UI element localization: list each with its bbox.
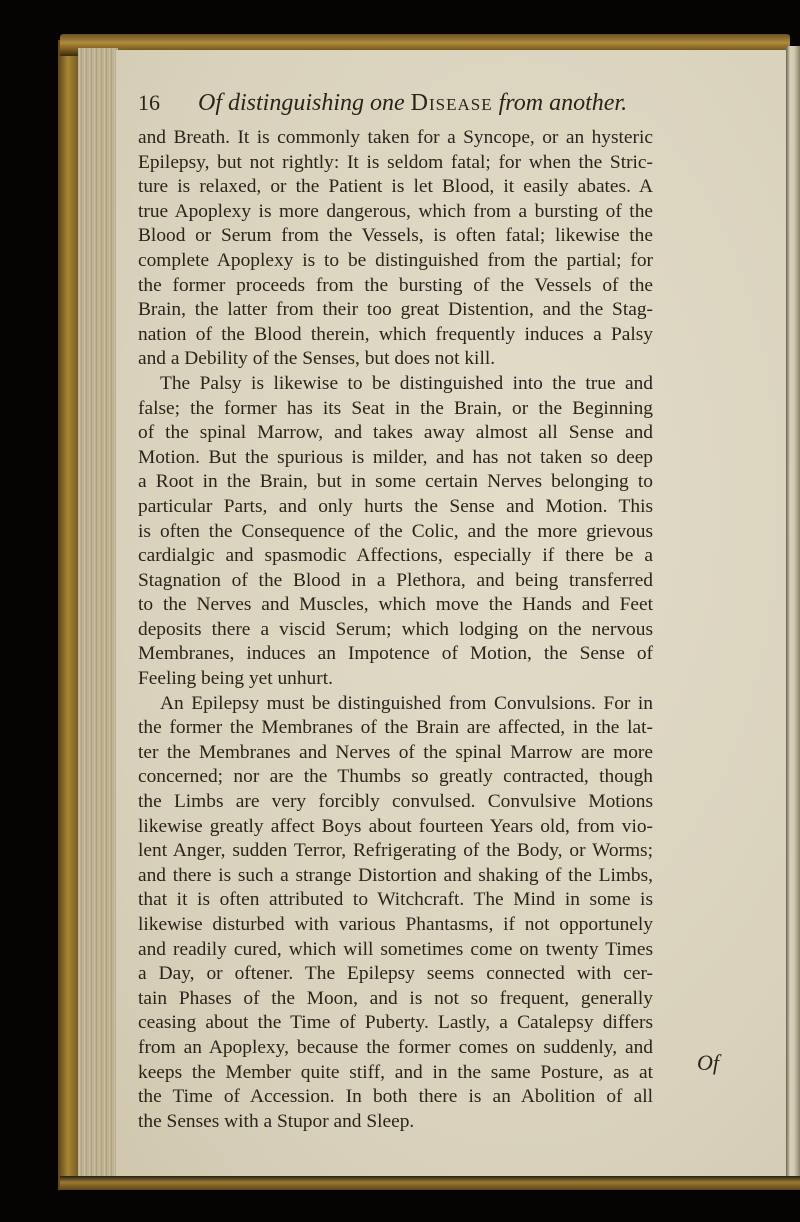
text-line: lent Anger, sudden Terror, Refrigerating… [138,839,653,864]
text-line: likewise greatly affect Boys about fourt… [138,815,653,840]
text-line: the Time of Accession. In both there is … [138,1085,653,1110]
text-line: the former the Membranes of the Brain ar… [138,716,653,741]
text-line: tain Phases of the Moon, and is not so f… [138,987,653,1012]
text-line: from an Apoplexy, because the former com… [138,1036,653,1061]
text-line: of the spinal Marrow, and takes away alm… [138,421,653,446]
text-line: particular Parts, and only hurts the Sen… [138,495,653,520]
page-edges [78,48,118,1178]
text-line: likewise disturbed with various Phantasm… [138,913,653,938]
text-line: and Breath. It is commonly taken for a S… [138,126,653,151]
text-line: the Senses with a Stupor and Sleep. [138,1110,653,1135]
text-line: a Day, or oftener. The Epilepsy seems co… [138,962,653,987]
body-text: and Breath. It is commonly taken for a S… [138,126,653,1134]
text-line: Motion. But the spurious is milder, and … [138,446,653,471]
text-line: ceasing about the Time of Puberty. Lastl… [138,1011,653,1036]
text-line: Feeling being yet unhurt. [138,667,653,692]
running-header: 16 Of distinguishing one Disease from an… [138,90,653,122]
text-line: An Epilepsy must be distinguished from C… [138,692,653,717]
text-line: The Palsy is likewise to be distinguishe… [138,372,653,397]
text-line: a Root in the Brain, but in some certain… [138,470,653,495]
catchword: Of [697,1050,719,1076]
running-title-pre: Of distinguishing one [198,90,405,116]
text-line: that it is often attributed to Witchcraf… [138,888,653,913]
text-line: the former proceeds from the bursting of… [138,274,653,299]
text-line: cardialgic and spasmodic Affections, esp… [138,544,653,569]
text-line: and a Debility of the Senses, but does n… [138,347,653,372]
text-line: true Apoplexy is more dangerous, which f… [138,200,653,225]
text-line: complete Apoplexy is to be distinguished… [138,249,653,274]
text-line: Membranes, induces an Impotence of Motio… [138,642,653,667]
text-line: Stagnation of the Blood in a Plethora, a… [138,569,653,594]
text-line: Blood or Serum from the Vessels, is ofte… [138,224,653,249]
text-line: concerned; nor are the Thumbs so greatly… [138,765,653,790]
running-title: Of distinguishing one Disease from anoth… [198,90,627,117]
text-line: Epilepsy, but not rightly: It is seldom … [138,151,653,176]
text-line: keeps the Member quite stiff, and in the… [138,1061,653,1086]
page-number: 16 [138,90,198,116]
text-line: the Limbs are very forcibly convulsed. C… [138,790,653,815]
text-line: and readily cured, which will sometimes … [138,938,653,963]
running-title-post: from another. [499,90,627,116]
text-line: ture is relaxed, or the Patient is let B… [138,175,653,200]
text-line: ter the Membranes and Nerves of the spin… [138,741,653,766]
text-line: Brain, the latter from their too great D… [138,298,653,323]
text-line: nation of the Blood therein, which frequ… [138,323,653,348]
text-line: false; the former has its Seat in the Br… [138,397,653,422]
text-line: to the Nerves and Muscles, which move th… [138,593,653,618]
facing-page-edge [786,46,800,1186]
book-binding-left [58,40,80,1190]
text-line: deposits there a viscid Serum; which lod… [138,618,653,643]
running-title-smallcaps: Disease [411,90,493,116]
text-line: and there is such a strange Distortion a… [138,864,653,889]
book-binding-bottom [60,1176,800,1190]
text-line: is often the Consequence of the Colic, a… [138,520,653,545]
page-text: 16 Of distinguishing one Disease from an… [138,90,653,1134]
